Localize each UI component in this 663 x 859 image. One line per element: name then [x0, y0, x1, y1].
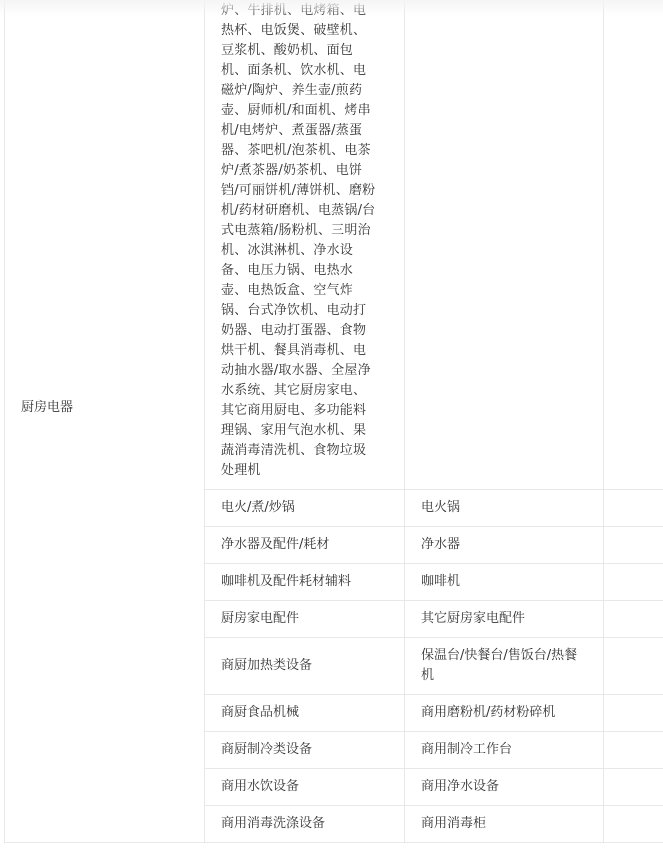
item-cell: 商用磨粉机/药材粉碎机: [405, 695, 604, 732]
subcategory-list-line: 炉/煮茶器/奶茶机、电饼: [221, 161, 388, 181]
subcategory-list-line: 器、茶吧机/泡茶机、电茶: [221, 141, 388, 161]
subcategory-list-line: 备、电压力锅、电热水: [221, 261, 388, 281]
subcategory-list-line: 机、冰淇淋机、净水设: [221, 241, 388, 261]
item-cell: 咖啡机: [405, 564, 604, 601]
subcategory-cell: 商厨加热类设备: [205, 638, 405, 695]
subcategory-cell: 商厨食品机械: [205, 695, 405, 732]
subcategory-list-line: 铛/可丽饼机/薄饼机、磨粉: [221, 181, 388, 201]
subcategory-cell: 净水器及配件/耗材: [205, 527, 405, 564]
subcategory-list-line: 动抽水器/取水器、全屋净: [221, 361, 388, 381]
extra-cell: [604, 769, 663, 806]
subcategory-list-line: 烘干机、餐具消毒机、电: [221, 341, 388, 361]
item-cell: 其它厨房家电配件: [405, 601, 604, 638]
extra-cell: [604, 695, 663, 732]
extra-cell: [604, 0, 663, 490]
category-table: 厨房电器 锅/电炖盅、多士炉、微波炉、牛排机、电烤箱、电热杯、电饭煲、破壁机、豆…: [4, 0, 663, 843]
subcategory-cell: 商用消毒洗涤设备: [205, 806, 405, 843]
subcategory-list-line: 奶器、电动打蛋器、食物: [221, 321, 388, 341]
subcategory-list-line: 豆浆机、酸奶机、面包: [221, 41, 388, 61]
item-cell: 商用净水设备: [405, 769, 604, 806]
item-cell: 保温台/快餐台/售饭台/热餐机: [405, 638, 604, 695]
subcategory-list-line: 处理机: [221, 461, 388, 481]
subcategory-list-line: 蔬消毒清洗机、食物垃圾: [221, 441, 388, 461]
subcategory-cell: 商厨制冷类设备: [205, 732, 405, 769]
extra-cell: [604, 564, 663, 601]
extra-cell: [604, 732, 663, 769]
subcategory-list-line: 机、面条机、饮水机、电: [221, 61, 388, 81]
subcategory-cell: 厨房家电配件: [205, 601, 405, 638]
category-cell: 厨房电器: [5, 0, 205, 843]
subcategory-list-cell: 锅/电炖盅、多士炉、微波炉、牛排机、电烤箱、电热杯、电饭煲、破壁机、豆浆机、酸奶…: [205, 0, 405, 490]
subcategory-list-line: 水系统、其它厨房家电、: [221, 381, 388, 401]
subcategory-cell: 商用水饮设备: [205, 769, 405, 806]
subcategory-list-line: 锅、台式净饮机、电动打: [221, 301, 388, 321]
table-row: 厨房电器 锅/电炖盅、多士炉、微波炉、牛排机、电烤箱、电热杯、电饭煲、破壁机、豆…: [5, 0, 663, 490]
subcategory-list-line: 其它商用厨电、多功能料: [221, 401, 388, 421]
item-cell: 商用制冷工作台: [405, 732, 604, 769]
subcategory-list-line: 壶、厨师机/和面机、烤串: [221, 101, 388, 121]
subcategory-list-line: 机/电烤炉、煮蛋器/蒸蛋: [221, 121, 388, 141]
extra-cell: [604, 601, 663, 638]
extra-cell: [604, 490, 663, 527]
item-cell: [405, 0, 604, 490]
item-cell: 净水器: [405, 527, 604, 564]
extra-cell: [604, 638, 663, 695]
subcategory-list-line: 理锅、家用气泡水机、果: [221, 421, 388, 441]
subcategory-cell: 电火/煮/炒锅: [205, 490, 405, 527]
item-cell: 商用消毒柜: [405, 806, 604, 843]
subcategory-list-line: 式电蒸箱/肠粉机、三明治: [221, 221, 388, 241]
extra-cell: [604, 527, 663, 564]
subcategory-list-line: 热杯、电饭煲、破壁机、: [221, 21, 388, 41]
subcategory-cell: 咖啡机及配件耗材辅料: [205, 564, 405, 601]
subcategory-list-line: 磁炉/陶炉、养生壶/煎药: [221, 81, 388, 101]
subcategory-list-text: 锅/电炖盅、多士炉、微波炉、牛排机、电烤箱、电热杯、电饭煲、破壁机、豆浆机、酸奶…: [221, 0, 388, 481]
subcategory-list-line: 炉、牛排机、电烤箱、电: [221, 1, 388, 21]
item-cell: 电火锅: [405, 490, 604, 527]
category-label: 厨房电器: [21, 400, 73, 415]
extra-cell: [604, 806, 663, 843]
subcategory-list-line: 壶、电热饭盒、空气炸: [221, 281, 388, 301]
subcategory-list-line: 机/药材研磨机、电蒸锅/台: [221, 201, 388, 221]
